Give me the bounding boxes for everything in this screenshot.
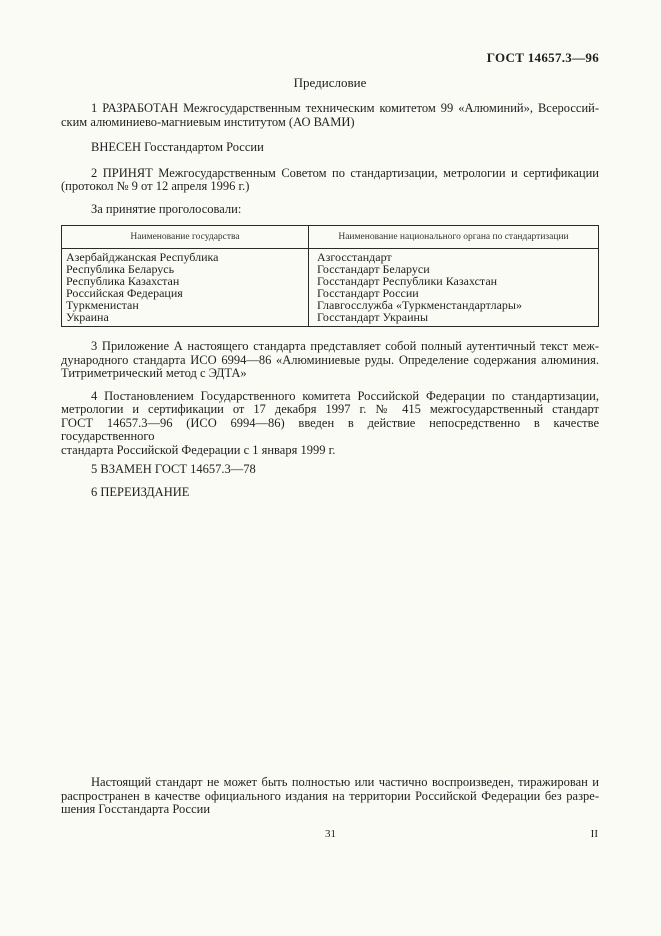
paragraph-decree: 4 Постановлением Государственного комите… <box>61 390 599 458</box>
text-line: 1 РАЗРАБОТАН Межгосударственным техничес… <box>61 102 599 116</box>
document-code: ГОСТ 14657.3—96 <box>61 51 599 65</box>
text-line: (протокол № 9 от 12 апреля 1996 г.) <box>61 180 599 194</box>
text-line: Титриметрический метод с ЭДТА» <box>61 367 599 381</box>
text-line: 2 ПРИНЯТ Межгосударственным Советом по с… <box>61 167 599 181</box>
text-line: ГОСТ 14657.3—96 (ИСО 6994—86) введен в д… <box>61 417 599 444</box>
text-line: ВНЕСЕН Госстандартом России <box>61 141 599 155</box>
table-cell: Украина <box>62 312 309 327</box>
text-line: 3 Приложение А настоящего стандарта пред… <box>61 340 599 354</box>
table-header-row: Наименование государства Наименование на… <box>62 226 599 249</box>
document-page: ГОСТ 14657.3—96 Предисловие 1 РАЗРАБОТАН… <box>0 0 661 936</box>
footer-page-number: 31 <box>0 828 661 841</box>
table-row: УкраинаГосстандарт Украины <box>62 312 599 327</box>
paragraph-reissue: 6 ПЕРЕИЗДАНИЕ <box>61 486 599 500</box>
footer-sheet-number: II <box>591 828 598 841</box>
page-title: Предисловие <box>61 76 599 90</box>
column-header-state: Наименование государства <box>62 226 309 249</box>
text-line: распространен в качестве официального из… <box>61 790 599 804</box>
text-line: ским алюминиево-магниевым институтом (АО… <box>61 116 599 130</box>
paragraph-developed: 1 РАЗРАБОТАН Межгосударственным техничес… <box>61 102 599 129</box>
paragraph-replaces: 5 ВЗАМЕН ГОСТ 14657.3—78 <box>61 463 599 477</box>
text-line: дународного стандарта ИСО 6994—86 «Алюми… <box>61 354 599 368</box>
voting-table-header: Наименование государства Наименование на… <box>62 226 599 249</box>
paragraph-submitted: ВНЕСЕН Госстандартом России <box>61 141 599 155</box>
text-line: За принятие проголосовали: <box>61 203 599 217</box>
text-line: 5 ВЗАМЕН ГОСТ 14657.3—78 <box>61 463 599 477</box>
text-line: шения Госстандарта России <box>61 803 599 817</box>
voting-table: Наименование государства Наименование на… <box>61 225 599 327</box>
text-line: Настоящий стандарт не может быть полност… <box>61 776 599 790</box>
voting-table-body: Азербайджанская РеспубликаАзгосстандартР… <box>62 249 599 327</box>
page-content: ГОСТ 14657.3—96 Предисловие 1 РАЗРАБОТАН… <box>0 51 661 499</box>
paragraph-vote-intro: За принятие проголосовали: <box>61 203 599 217</box>
text-line: 6 ПЕРЕИЗДАНИЕ <box>61 486 599 500</box>
text-line: метрологии и сертификации от 17 декабря … <box>61 403 599 417</box>
column-header-national-body: Наименование национального органа по ста… <box>309 226 599 249</box>
text-line: стандарта Российской Федерации с 1 январ… <box>61 444 599 458</box>
table-cell: Госстандарт Украины <box>309 312 599 327</box>
paragraph-annex: 3 Приложение А настоящего стандарта пред… <box>61 340 599 381</box>
copyright-notice: Настоящий стандарт не может быть полност… <box>61 776 599 817</box>
text-line: 4 Постановлением Государственного комите… <box>61 390 599 404</box>
paragraph-adopted: 2 ПРИНЯТ Межгосударственным Советом по с… <box>61 167 599 194</box>
